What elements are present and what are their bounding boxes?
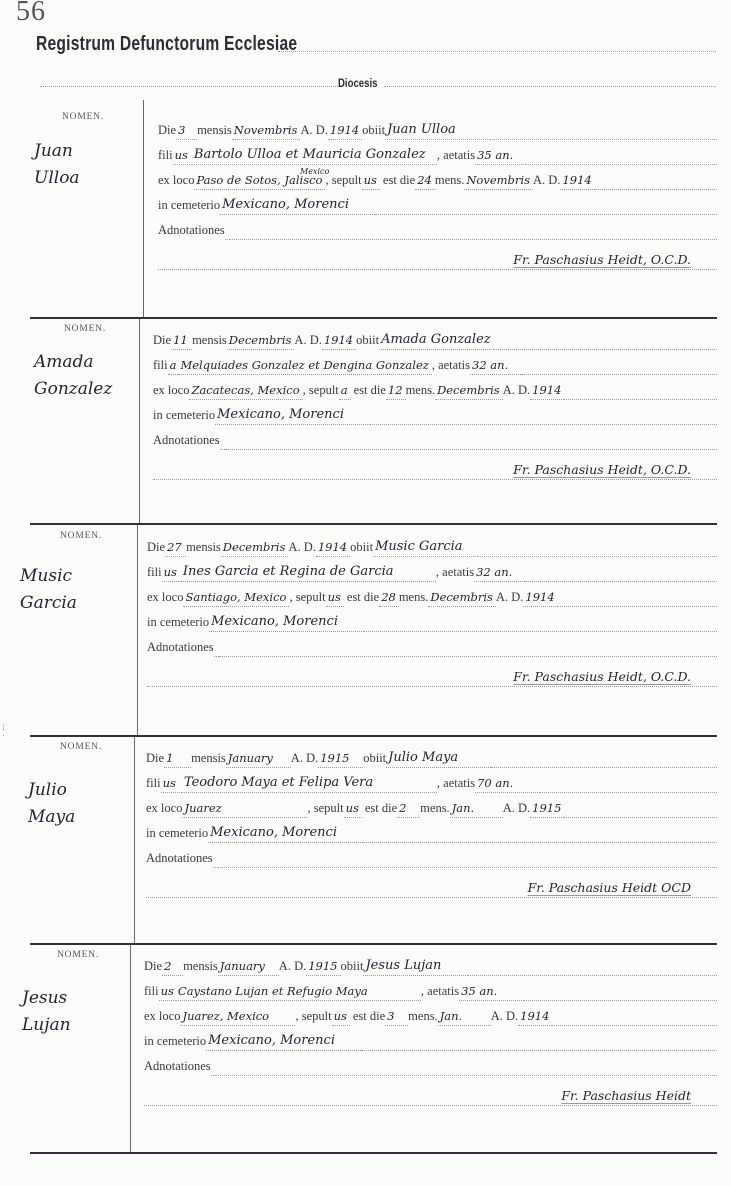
filius-suffix: a — [168, 358, 179, 375]
priest-signature: Fr. Paschasius Heidt, O.C.D. — [513, 462, 717, 479]
sepult-suffix: us — [344, 801, 362, 818]
ex-loco-label: ex loco — [146, 801, 182, 818]
record-separator — [30, 1152, 717, 1154]
record-body: Die 3 mensis Novembris A. D. 1914 obiit … — [158, 115, 717, 270]
signature-line: Fr. Paschasius Heidt, O.C.D. — [158, 240, 717, 270]
sepult-label: , sepult — [307, 801, 343, 818]
burial-record: NOMEN. Amada Gonzalez Die 11 mensis Dece… — [0, 319, 731, 525]
death-year: 1914 — [328, 123, 362, 140]
die-label: Die — [147, 540, 165, 557]
signature-line: Fr. Paschasius Heidt OCD — [146, 868, 717, 898]
deceased-name: Amada Gonzalez — [34, 349, 144, 403]
burial-month: Decembris — [428, 590, 496, 607]
burial-record: NOMEN. Music Garcia Die 27 mensis Decemb… — [0, 525, 731, 737]
annotations-line: Adnotationes — [153, 425, 717, 450]
ad-label: A. D. — [279, 959, 306, 976]
filius-suffix: us — [159, 984, 176, 1001]
priest-signature: Fr. Paschasius Heidt, O.C.D. — [513, 252, 717, 269]
origin-burial-line: Mexico ex loco Paso de Sotos, Jalisco , … — [158, 165, 717, 190]
death-month: January — [226, 751, 291, 768]
deceased-name: Julio Maya — [28, 777, 138, 831]
diocese-dotted-line-right — [384, 86, 716, 87]
filius-label: fili — [146, 776, 161, 793]
place-of-origin: Zacatecas, Mexico — [189, 383, 302, 400]
annotations-line: Adnotationes — [158, 215, 717, 240]
aetatis-label: , aetatis — [437, 148, 475, 165]
parents-names: Caystano Lujan et Refugio Maya — [176, 984, 421, 1001]
death-date-line: Die 1 mensis January A. D. 1915 obiit Ju… — [146, 743, 717, 768]
ad-label: A. D. — [503, 801, 530, 818]
mensis-label: mensis — [191, 751, 226, 768]
deceased-first-name: Julio — [28, 777, 138, 804]
death-year: 1914 — [316, 540, 350, 557]
cemetery-name: Mexicano, Morenci — [208, 825, 363, 843]
filius-label: fili — [147, 565, 162, 582]
cemetery-name: Mexicano, Morenci — [220, 197, 375, 215]
death-date-line: Die 3 mensis Novembris A. D. 1914 obiit … — [158, 115, 717, 140]
cemetery-line: in cemeterio Mexicano, Morenci — [147, 607, 717, 632]
aetatis-label: , aetatis — [432, 358, 470, 375]
deceased-surname: Ulloa — [34, 165, 144, 192]
est-die-label: est die — [354, 383, 386, 400]
death-year: 1915 — [318, 751, 363, 768]
ad-label: A. D. — [533, 173, 560, 190]
est-die-label: est die — [347, 590, 379, 607]
deceased-surname: Garcia — [20, 590, 130, 617]
deceased-name: Jesus Lujan — [22, 985, 132, 1039]
burial-day: 3 — [385, 1009, 408, 1026]
signature-line: Fr. Paschasius Heidt — [144, 1076, 717, 1106]
signature-line: Fr. Paschasius Heidt, O.C.D. — [147, 657, 717, 687]
column-divider — [143, 100, 144, 317]
ad-label: A. D. — [496, 590, 523, 607]
cemetery-name: Mexicano, Morenci — [215, 407, 370, 425]
burial-month: Novembris — [464, 173, 533, 190]
est-die-label: est die — [383, 173, 415, 190]
burial-year: 1914 — [560, 173, 594, 190]
cemetery-line: in cemeterio Mexicano, Morenci — [146, 818, 717, 843]
filius-label: fili — [153, 358, 168, 375]
parents-names: Ines Garcia et Regina de Garcia — [181, 564, 436, 582]
register-title: Registrum Defunctorum Ecclesiae — [36, 33, 231, 56]
parents-line: fili us Teodoro Maya et Felipa Vera , ae… — [146, 768, 717, 793]
ex-loco-label: ex loco — [147, 590, 183, 607]
signature-fill: Fr. Paschasius Heidt, O.C.D. — [153, 462, 717, 480]
burial-month: Decembris — [435, 383, 503, 400]
burial-month: Jan. — [438, 1009, 491, 1026]
sepult-label: , sepult — [295, 1009, 331, 1026]
obiit-label: obiit — [356, 333, 379, 350]
ad-label: A. D. — [300, 123, 327, 140]
aetatis-label: , aetatis — [436, 565, 474, 582]
est-die-label: est die — [353, 1009, 385, 1026]
origin-burial-line: ex loco Zacatecas, Mexico , sepult a est… — [153, 375, 717, 400]
place-of-origin: Santiago, Mexico — [183, 590, 289, 607]
filius-suffix: us — [161, 776, 182, 793]
die-label: Die — [144, 959, 162, 976]
age: 32 an. — [474, 565, 525, 582]
sepult-label: , sepult — [303, 383, 339, 400]
obiit-name: Jesus Lujan — [363, 958, 468, 976]
parents-names: Teodoro Maya et Felipa Vera — [182, 775, 437, 793]
ad-label: A. D. — [291, 751, 318, 768]
obiit-name: Juan Ulloa — [385, 122, 490, 140]
priest-signature: Fr. Paschasius Heidt OCD — [528, 880, 717, 897]
annotations-line: Adnotationes — [146, 843, 717, 868]
burial-record: NOMEN. Julio Maya Die 1 mensis January A… — [0, 737, 731, 945]
burial-month: Jan. — [450, 801, 503, 818]
die-label: Die — [146, 751, 164, 768]
sepult-suffix: a — [339, 383, 351, 400]
register-title-row: Registrum Defunctorum Ecclesiae — [36, 30, 716, 56]
burial-day: 2 — [397, 801, 420, 818]
obiit-name: Music Garcia — [373, 539, 478, 557]
signature-line: Fr. Paschasius Heidt, O.C.D. — [153, 450, 717, 480]
signature-fill: Fr. Paschasius Heidt OCD — [146, 880, 717, 898]
burial-day: 28 — [379, 590, 399, 607]
column-divider — [130, 945, 131, 1152]
origin-burial-line: ex loco Juarez , sepult us est die 2 men… — [146, 793, 717, 818]
deceased-first-name: Amada — [34, 349, 144, 376]
burial-year: 1914 — [523, 590, 557, 607]
die-label: Die — [158, 123, 176, 140]
cemetery-line: in cemeterio Mexicano, Morenci — [158, 190, 717, 215]
deceased-first-name: Juan — [34, 138, 144, 165]
record-body: Die 27 mensis Decembris A. D. 1914 obiit… — [147, 532, 717, 687]
filius-label: fili — [144, 984, 159, 1001]
die-label: Die — [153, 333, 171, 350]
nomen-label: NOMEN. — [62, 112, 104, 122]
cemeterio-label: in cemeterio — [146, 826, 208, 843]
deceased-first-name: Music — [20, 563, 130, 590]
record-body: Die 2 mensis January A. D. 1915 obiit Je… — [144, 951, 717, 1106]
stray-ink-mark: ⁝⁚ — [2, 725, 5, 737]
cemetery-name: Mexicano, Morenci — [206, 1033, 361, 1051]
mens-label: mens. — [435, 173, 465, 190]
death-day: 1 — [164, 751, 191, 768]
annotations-line: Adnotationes — [144, 1051, 717, 1076]
obiit-name: Amada Gonzalez — [379, 332, 494, 350]
age: 35 an. — [475, 148, 526, 165]
death-month: Decembris — [227, 333, 295, 350]
mensis-label: mensis — [183, 959, 218, 976]
ad-label: A. D. — [294, 333, 321, 350]
column-divider — [137, 525, 138, 735]
obiit-label: obiit — [341, 959, 364, 976]
signature-fill: Fr. Paschasius Heidt — [144, 1088, 717, 1106]
annotations-line: Adnotationes — [147, 632, 717, 657]
cemeterio-label: in cemeterio — [158, 198, 220, 215]
diocese-row: Diocesis — [40, 74, 716, 90]
mens-label: mens. — [399, 590, 429, 607]
cemetery-line: in cemeterio Mexicano, Morenci — [153, 400, 717, 425]
cemeterio-label: in cemeterio — [144, 1034, 206, 1051]
burial-day: 24 — [415, 173, 435, 190]
age: 70 an. — [475, 776, 540, 793]
ad-label: A. D. — [491, 1009, 518, 1026]
obiit-label: obiit — [363, 751, 386, 768]
death-date-line: Die 2 mensis January A. D. 1915 obiit Je… — [144, 951, 717, 976]
ad-label: A. D. — [288, 540, 315, 557]
origin-burial-line: ex loco Santiago, Mexico , sepult us est… — [147, 582, 717, 607]
death-year: 1915 — [306, 959, 340, 976]
ex-loco-label: ex loco — [144, 1009, 180, 1026]
adnotationes-label: Adnotationes — [146, 851, 213, 868]
column-divider — [134, 737, 135, 943]
parents-line: fili us Caystano Lujan et Refugio Maya ,… — [144, 976, 717, 1001]
priest-signature: Fr. Paschasius Heidt, O.C.D. — [513, 669, 717, 686]
deceased-name: Music Garcia — [20, 563, 130, 617]
cemeterio-label: in cemeterio — [147, 615, 209, 632]
death-date-line: Die 11 mensis Decembris A. D. 1914 obiit… — [153, 325, 717, 350]
ex-loco-label: ex loco — [158, 173, 194, 190]
aetatis-label: , aetatis — [437, 776, 475, 793]
adnotationes-label: Adnotationes — [147, 640, 214, 657]
adnotationes-label: Adnotationes — [153, 433, 220, 450]
death-date-line: Die 27 mensis Decembris A. D. 1914 obiit… — [147, 532, 717, 557]
signature-fill: Fr. Paschasius Heidt, O.C.D. — [147, 669, 717, 687]
parents-names: Bartolo Ulloa et Mauricia Gonzalez — [192, 147, 437, 165]
death-day: 2 — [162, 959, 183, 976]
deceased-surname: Maya — [28, 804, 138, 831]
parents-line: fili us Bartolo Ulloa et Mauricia Gonzal… — [158, 140, 717, 165]
mens-label: mens. — [408, 1009, 438, 1026]
filius-label: fili — [158, 148, 173, 165]
cemetery-line: in cemeterio Mexicano, Morenci — [144, 1026, 717, 1051]
obiit-label: obiit — [362, 123, 385, 140]
mensis-label: mensis — [192, 333, 227, 350]
death-month: Novembris — [232, 123, 301, 140]
title-dotted-line — [278, 51, 716, 52]
mens-label: mens. — [406, 383, 436, 400]
filius-suffix: us — [162, 565, 181, 582]
age: 32 an. — [470, 358, 521, 375]
mens-label: mens. — [420, 801, 450, 818]
signature-fill: Fr. Paschasius Heidt, O.C.D. — [158, 252, 717, 270]
sepult-suffix: us — [332, 1009, 350, 1026]
place-of-origin: Juarez — [182, 801, 307, 818]
parents-line: fili a Melquiades Gonzalez et Dengina Go… — [153, 350, 717, 375]
cemeterio-label: in cemeterio — [153, 408, 215, 425]
nomen-label: NOMEN. — [60, 531, 102, 541]
parents-line: fili us Ines Garcia et Regina de Garcia … — [147, 557, 717, 582]
death-year: 1914 — [322, 333, 356, 350]
nomen-label: NOMEN. — [64, 324, 106, 334]
diocese-dotted-line-left — [40, 86, 338, 87]
burial-day: 12 — [386, 383, 406, 400]
burial-record: NOMEN. Juan Ulloa Die 3 mensis Novembris… — [0, 100, 731, 319]
nomen-label: NOMEN. — [60, 742, 102, 752]
record-body: Die 1 mensis January A. D. 1915 obiit Ju… — [146, 743, 717, 898]
aetatis-label: , aetatis — [421, 984, 459, 1001]
ad-label: A. D. — [503, 383, 530, 400]
deceased-first-name: Jesus — [22, 985, 132, 1012]
burial-year: 1914 — [530, 383, 564, 400]
est-die-label: est die — [365, 801, 397, 818]
deceased-surname: Lujan — [22, 1012, 132, 1039]
sepult-label: , sepult — [325, 173, 361, 190]
place-of-origin: Juarez, Mexico — [180, 1009, 295, 1026]
mensis-label: mensis — [186, 540, 221, 557]
ex-loco-label: ex loco — [153, 383, 189, 400]
death-month: January — [218, 959, 279, 976]
record-body: Die 11 mensis Decembris A. D. 1914 obiit… — [153, 325, 717, 480]
burial-year: 1915 — [530, 801, 564, 818]
burial-record: NOMEN. Jesus Lujan Die 2 mensis January … — [0, 945, 731, 1154]
deceased-name: Juan Ulloa — [34, 138, 144, 192]
death-day: 27 — [165, 540, 186, 557]
obiit-name: Julio Maya — [386, 750, 491, 768]
nomen-label: NOMEN. — [57, 950, 99, 960]
deceased-surname: Gonzalez — [34, 376, 144, 403]
death-day: 11 — [171, 333, 192, 350]
parents-names: Melquiades Gonzalez et Dengina Gonzalez — [178, 358, 431, 375]
obiit-label: obiit — [350, 540, 373, 557]
origin-burial-line: ex loco Juarez, Mexico , sepult us est d… — [144, 1001, 717, 1026]
sepult-suffix: us — [362, 173, 380, 190]
cemetery-name: Mexicano, Morenci — [209, 614, 364, 632]
origin-note: Mexico — [300, 167, 329, 176]
diocese-label: Diocesis — [338, 76, 375, 90]
page-number: 56 — [16, 0, 46, 28]
death-day: 3 — [176, 123, 197, 140]
age: 35 an. — [459, 984, 524, 1001]
priest-signature: Fr. Paschasius Heidt — [561, 1088, 717, 1105]
mensis-label: mensis — [197, 123, 232, 140]
burial-year: 1914 — [518, 1009, 552, 1026]
sepult-label: , sepult — [289, 590, 325, 607]
sepult-suffix: us — [326, 590, 344, 607]
filius-suffix: us — [173, 148, 192, 165]
death-month: Decembris — [221, 540, 289, 557]
adnotationes-label: Adnotationes — [158, 223, 225, 240]
adnotationes-label: Adnotationes — [144, 1059, 211, 1076]
